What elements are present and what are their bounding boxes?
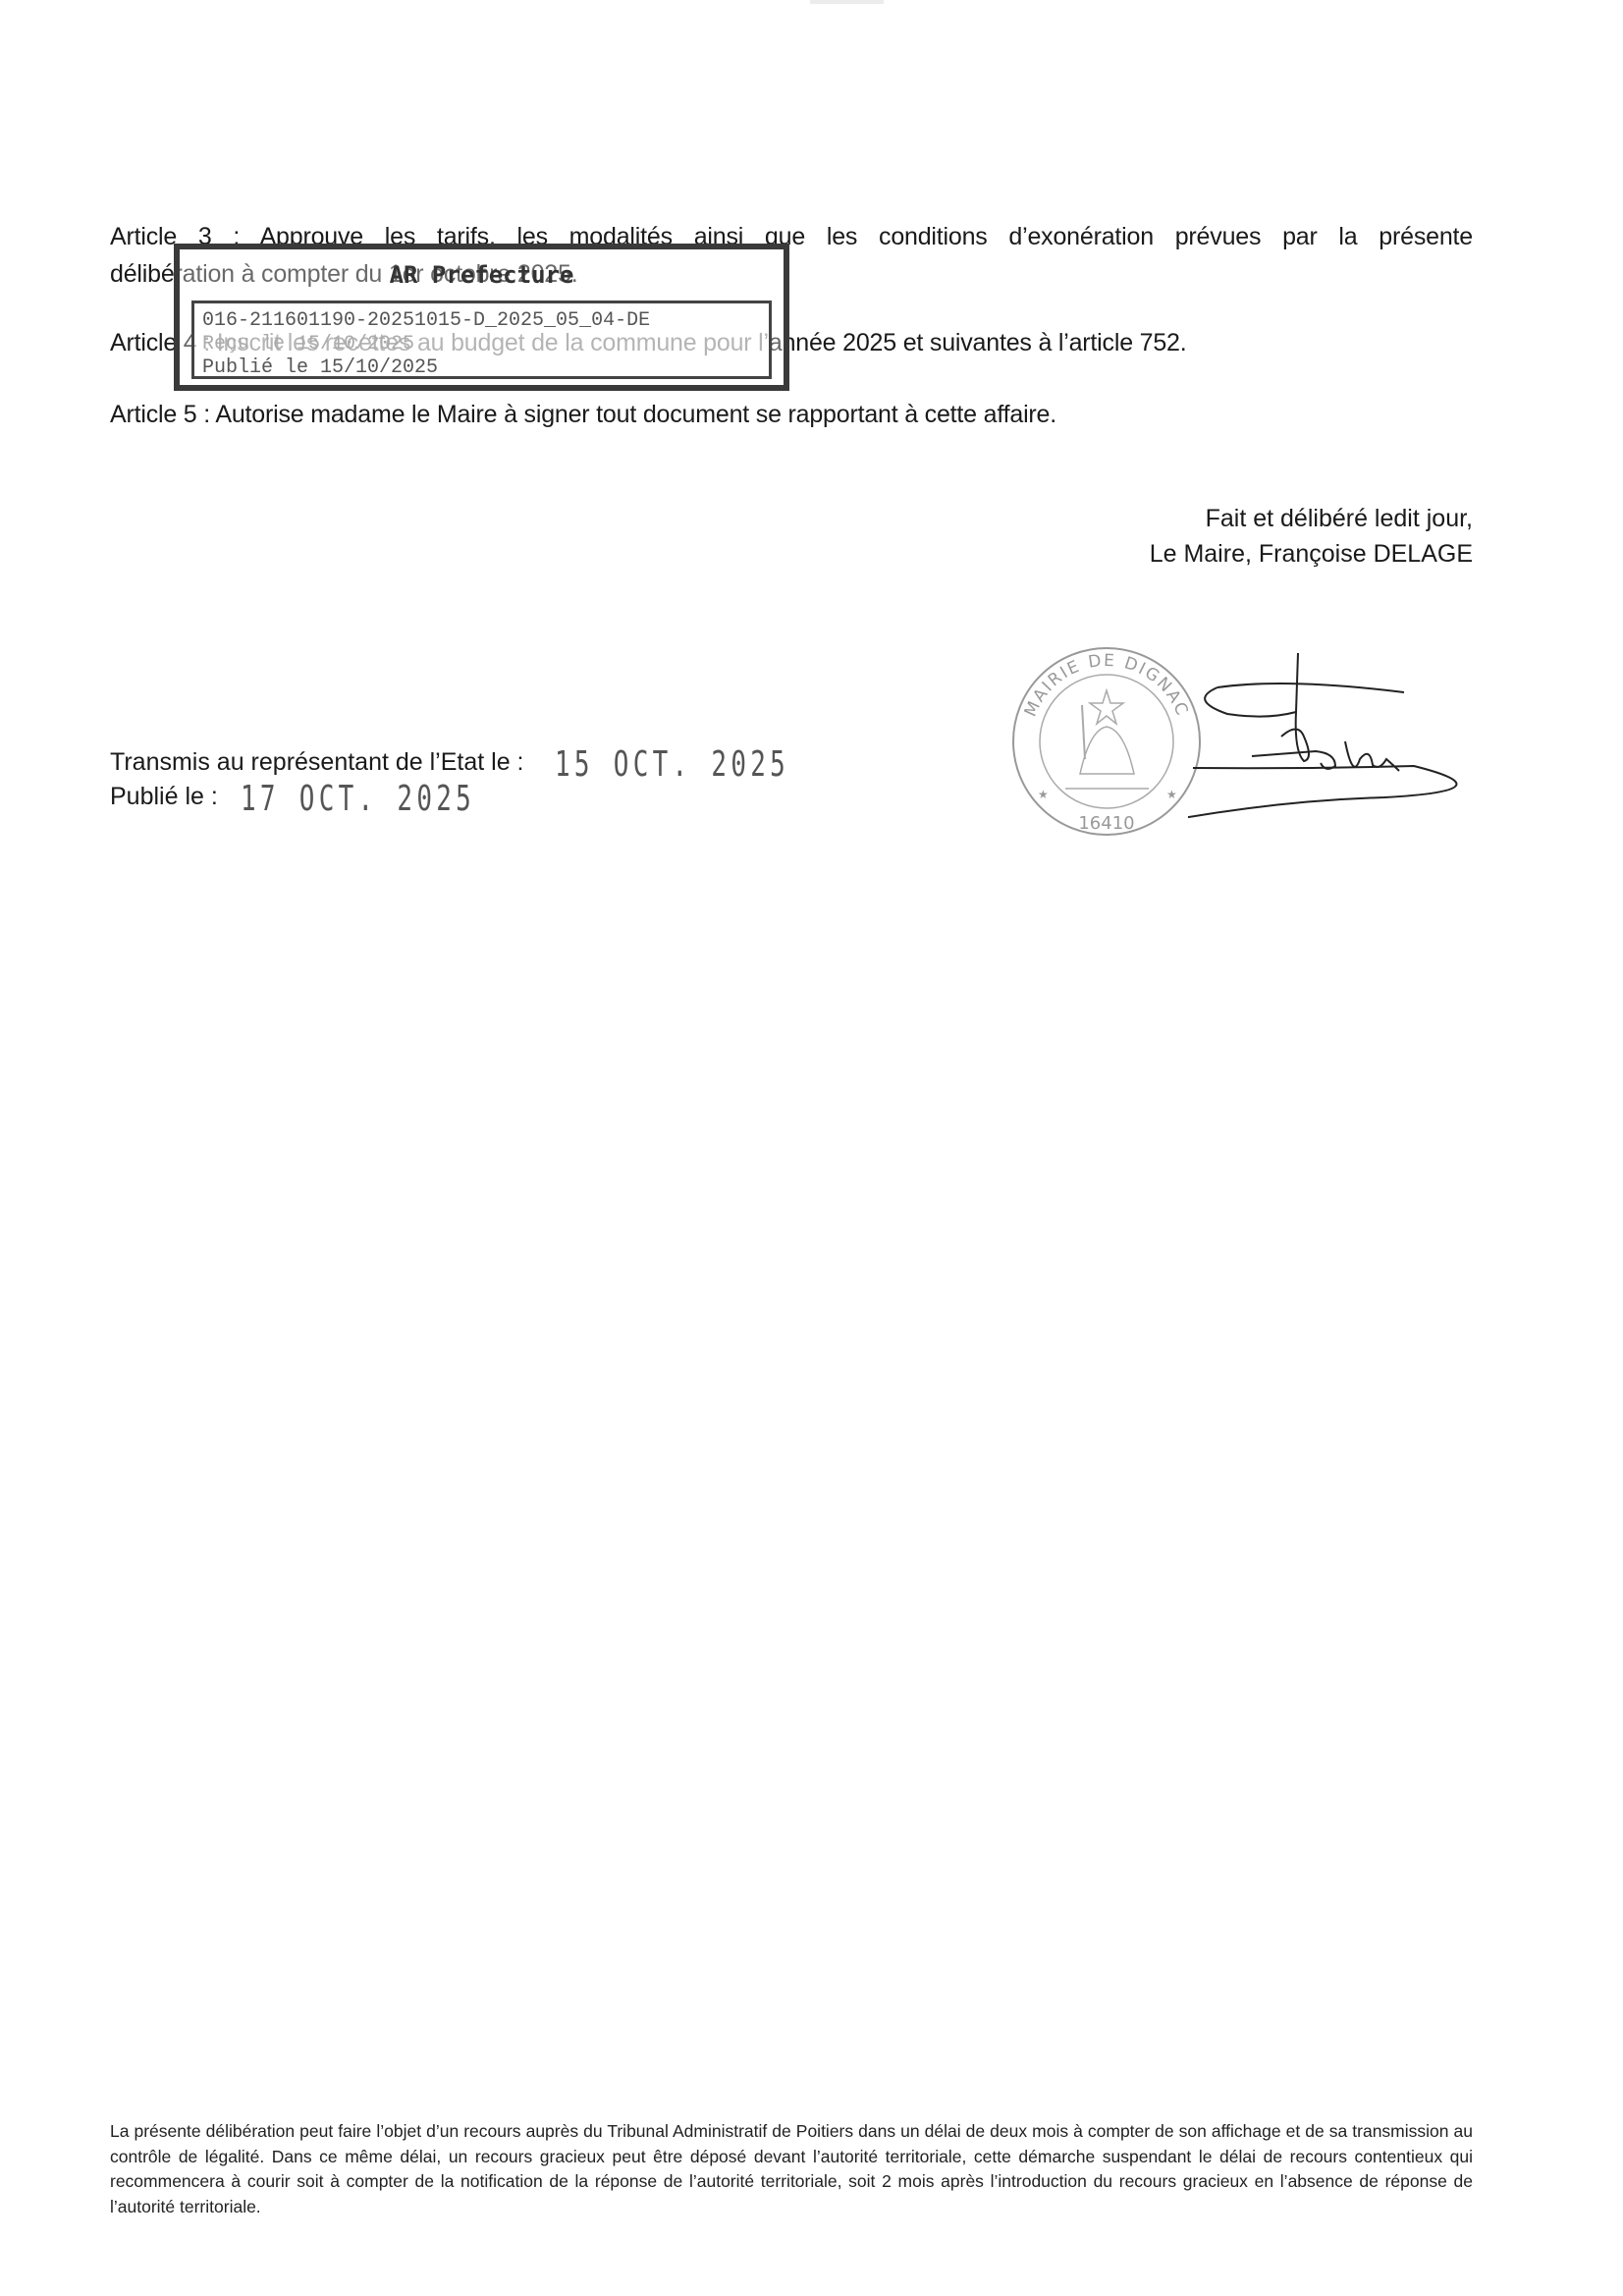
publie-label: Publié le : <box>110 781 218 812</box>
transmis-date-stamp: 15 OCT. 2025 <box>555 744 789 785</box>
ar-stamp-published: Publié le 15/10/2025 <box>202 356 438 379</box>
ar-prefecture-stamp: AR Prefecture 016-211601190-20251015-D_2… <box>174 244 789 391</box>
transmis-label: Transmis au représentant de l’Etat le : <box>110 746 524 778</box>
ar-stamp-received: Reçu le 15/10/2025 <box>202 333 414 355</box>
ar-stamp-title: AR Prefecture <box>180 261 784 289</box>
svg-text:16410: 16410 <box>1078 813 1134 834</box>
municipal-seal-icon: MAIRIE DE DIGNAC 16410 ★ ★ <box>1001 636 1213 847</box>
svg-text:MAIRIE DE DIGNAC: MAIRIE DE DIGNAC <box>1021 651 1193 720</box>
signature-line-2: Le Maire, Françoise DELAGE <box>1150 536 1473 572</box>
ar-stamp-details: 016-211601190-20251015-D_2025_05_04-DE R… <box>191 301 772 379</box>
publie-date-stamp: 17 OCT. 2025 <box>241 779 475 819</box>
signature-line-1: Fait et délibéré ledit jour, <box>1206 501 1473 536</box>
scan-edge-mark <box>810 0 884 4</box>
legal-recourse-notice: La présente délibération peut faire l’ob… <box>110 2119 1473 2219</box>
article-5: Article 5 : Autorise madame le Maire à s… <box>110 396 1473 433</box>
svg-text:★: ★ <box>1038 788 1049 801</box>
mayor-signature-icon <box>1188 643 1512 840</box>
ar-stamp-reference: 016-211601190-20251015-D_2025_05_04-DE <box>202 309 650 332</box>
svg-text:★: ★ <box>1166 788 1177 801</box>
